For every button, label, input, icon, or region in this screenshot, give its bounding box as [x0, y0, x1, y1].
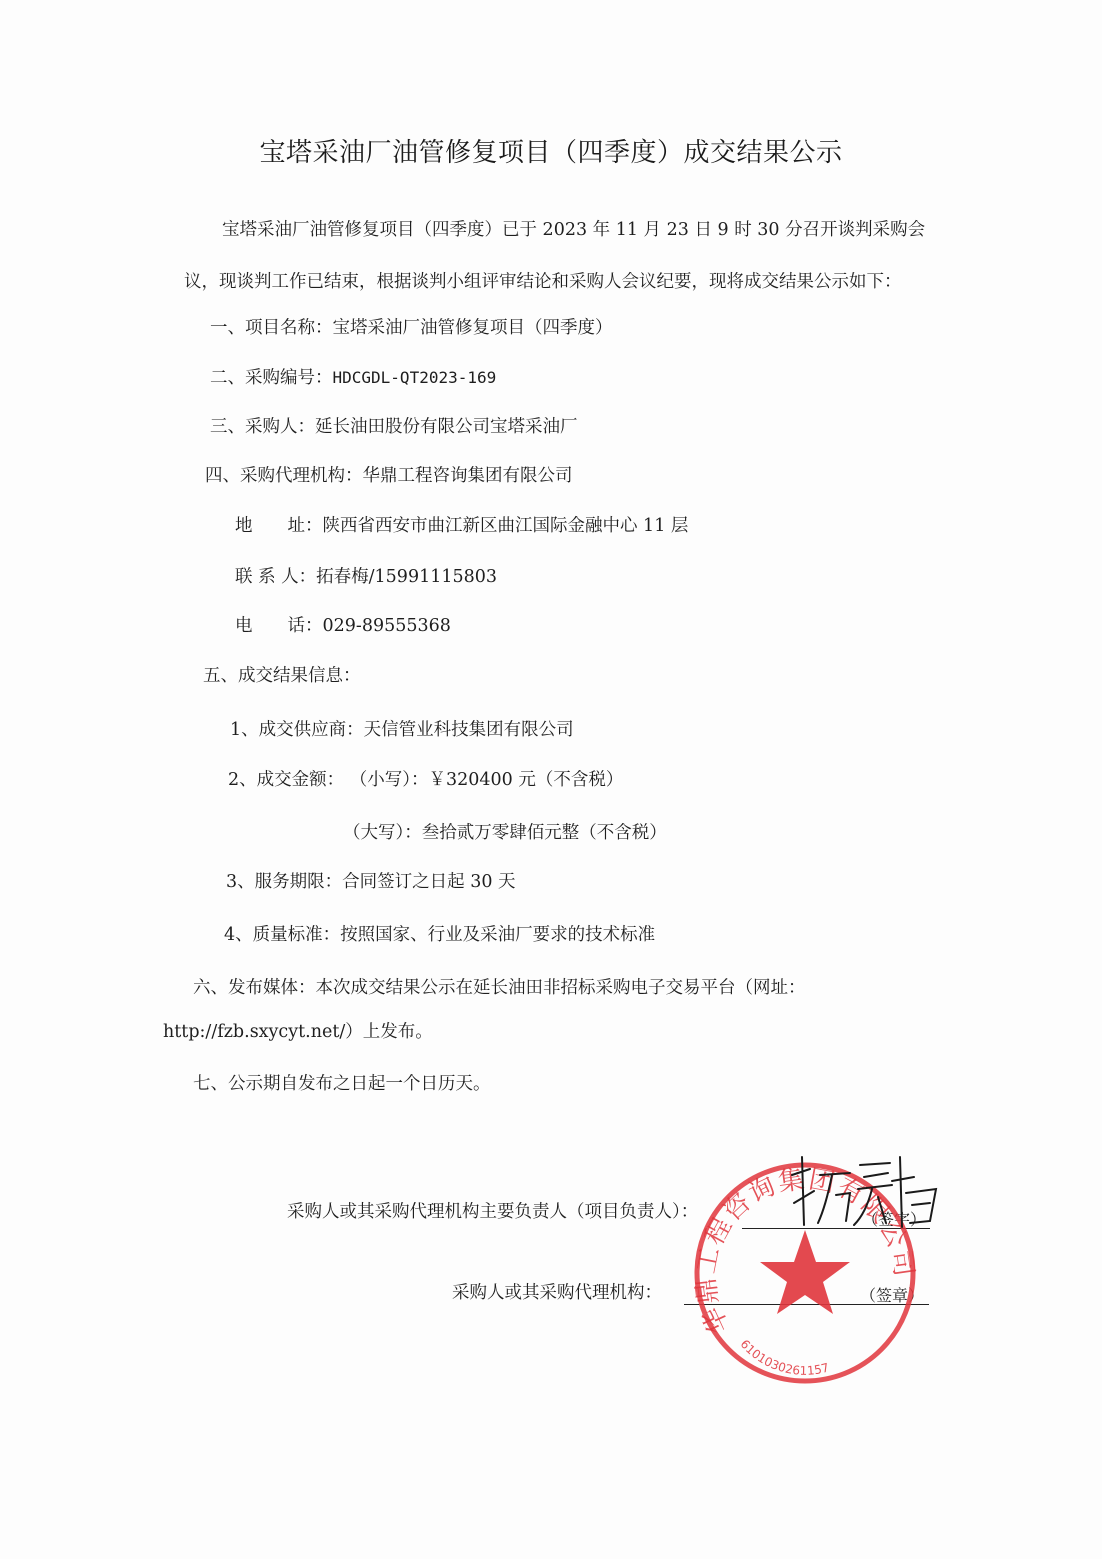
phone-label: 电 话：: [235, 616, 323, 636]
result-label: 4、质量标准：: [224, 925, 340, 945]
responsible-person-label: 采购人或其采购代理机构主要负责人（项目负责人）：: [287, 1198, 698, 1223]
section-label: 三、采购人：: [210, 417, 315, 437]
result-label: 2、成交金额：: [228, 770, 344, 790]
intro-paragraph-line-1: 宝塔采油厂油管修复项目（四季度）已于 2023 年 11 月 23 日 9 时 …: [222, 216, 925, 241]
section-value: 宝塔采油厂油管修复项目（四季度）: [333, 318, 613, 338]
section-value: 延长油田股份有限公司宝塔采油厂: [315, 417, 578, 437]
result-label: 3、服务期限：: [226, 872, 342, 892]
result-heading: 五、成交结果信息：: [203, 662, 361, 687]
result-amount-upper: （大写）：叁拾贰万零肆佰元整（不含税）: [343, 819, 667, 844]
address-label: 地 址：: [235, 516, 323, 536]
document-title: 宝塔采油厂油管修复项目（四季度）成交结果公示: [0, 132, 1102, 169]
publicity-period: 七、公示期自发布之日起一个日历天。: [193, 1070, 491, 1095]
result-label: 1、成交供应商：: [230, 720, 364, 740]
address-value: 陕西省西安市曲江新区曲江国际金融中心 11 层: [323, 516, 689, 536]
result-value: 合同签订之日起 30 天: [342, 872, 515, 892]
section-purchaser: 三、采购人：延长油田股份有限公司宝塔采油厂: [210, 413, 578, 438]
section-project-name: 一、项目名称：宝塔采油厂油管修复项目（四季度）: [210, 314, 613, 339]
result-service-period: 3、服务期限：合同签订之日起 30 天: [226, 868, 516, 893]
svg-text:6101030261157: 6101030261157: [738, 1337, 831, 1378]
result-value: 天信管业科技集团有限公司: [364, 720, 574, 740]
result-supplier: 1、成交供应商：天信管业科技集团有限公司: [230, 716, 574, 741]
section-label: 四、采购代理机构：: [205, 466, 363, 486]
section-procurement-number: 二、采购编号：HDCGDL-QT2023-169: [210, 364, 496, 389]
agency-phone: 电 话：029-89555368: [235, 612, 451, 637]
section-value: HDCGDL-QT2023-169: [333, 368, 497, 387]
agency-seal-label: 采购人或其采购代理机构：: [452, 1279, 662, 1304]
result-quality-standard: 4、质量标准：按照国家、行业及采油厂要求的技术标准: [224, 921, 655, 946]
result-value: （小写）：￥320400 元（不含税）: [350, 770, 624, 790]
phone-value: 029-89555368: [323, 616, 451, 636]
section-label: 二、采购编号：: [210, 368, 333, 388]
media-line-1: 六、发布媒体：本次成交结果公示在延长油田非招标采购电子交易平台（网址：: [193, 974, 806, 999]
agency-address: 地 址：陕西省西安市曲江新区曲江国际金融中心 11 层: [235, 512, 688, 537]
document-page: 宝塔采油厂油管修复项目（四季度）成交结果公示 宝塔采油厂油管修复项目（四季度）已…: [0, 0, 1102, 1559]
agency-contact: 联 系 人：拓春梅/15991115803: [235, 563, 497, 588]
handwritten-signature-icon: [780, 1155, 940, 1235]
section-label: 一、项目名称：: [210, 318, 333, 338]
contact-label: 联 系 人：: [235, 567, 316, 587]
contact-value: 拓春梅/15991115803: [316, 567, 497, 587]
section-value: 华鼎工程咨询集团有限公司: [363, 466, 573, 486]
result-value: 按照国家、行业及采油厂要求的技术标准: [340, 925, 655, 945]
media-line-2: http://fzb.sxycyt.net/）上发布。: [163, 1018, 433, 1043]
section-agency: 四、采购代理机构：华鼎工程咨询集团有限公司: [205, 462, 573, 487]
result-amount-lower: 2、成交金额： （小写）：￥320400 元（不含税）: [228, 766, 623, 791]
intro-paragraph-line-2: 议，现谈判工作已结束，根据谈判小组评审结论和采购人会议纪要，现将成交结果公示如下…: [184, 268, 902, 293]
